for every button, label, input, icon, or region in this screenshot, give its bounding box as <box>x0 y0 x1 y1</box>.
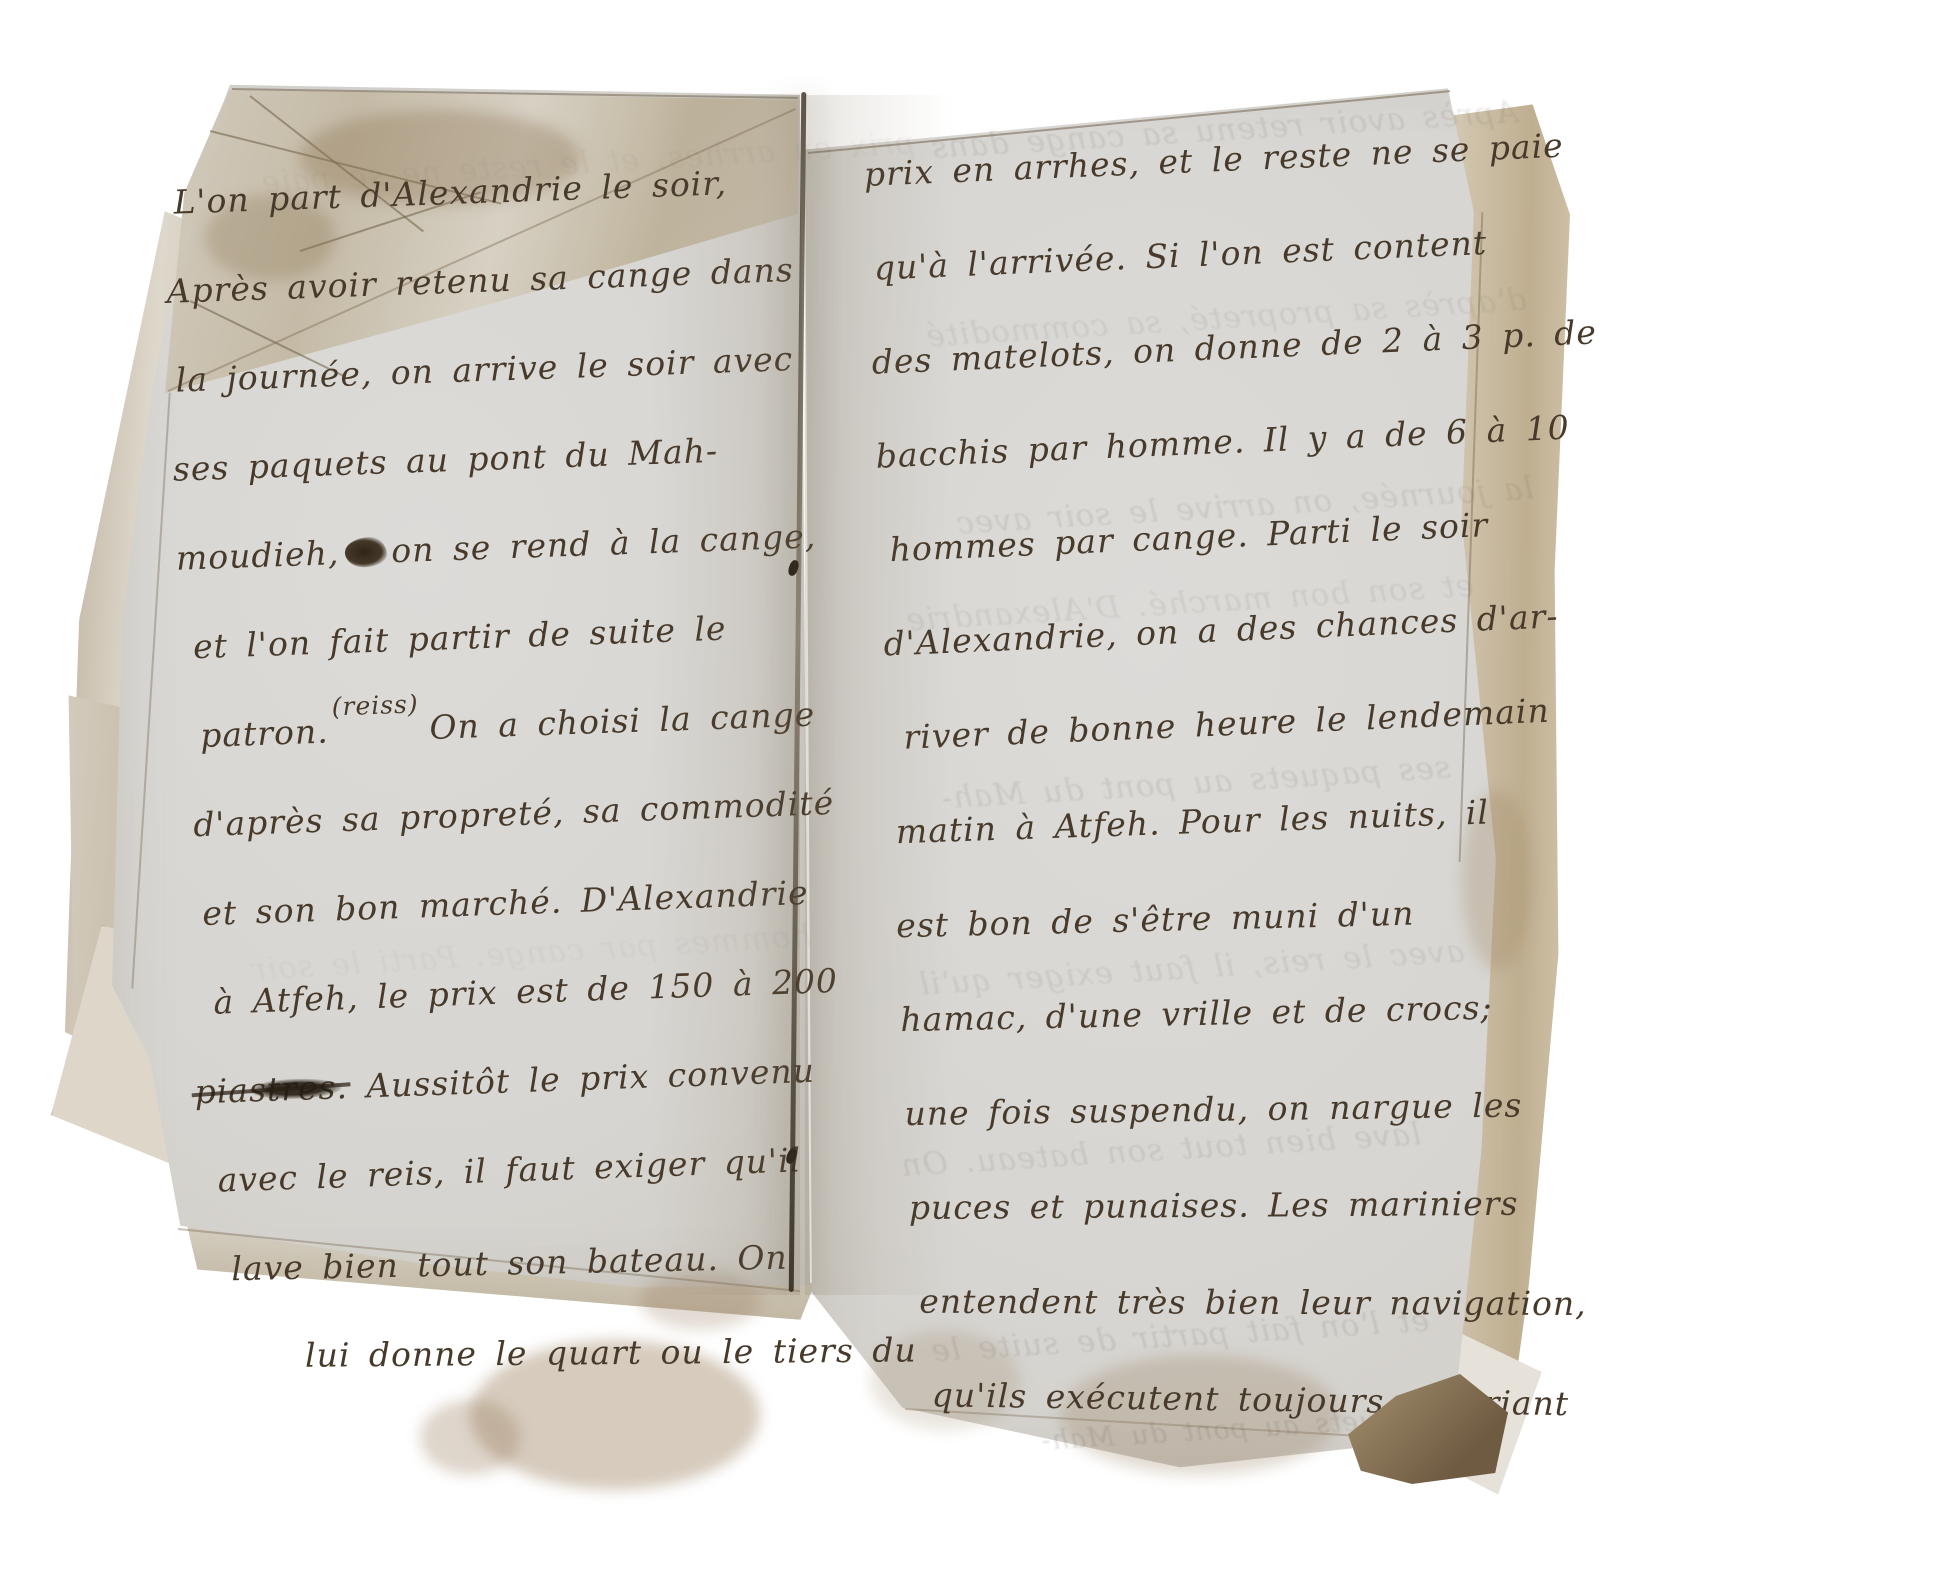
right-page-text: prix en arrhes, et le reste ne se paie q… <box>862 101 1557 1443</box>
ink-blot <box>345 536 388 567</box>
manuscript-line: matin à Atfeh. Pour les nuits, il <box>894 764 1533 879</box>
manuscript-line: une fois suspendu, on nargue les <box>904 1058 1545 1161</box>
manuscript-line: lui donne le quart ou le tiers du <box>305 1306 856 1400</box>
inserted-word: (reiss) <box>331 689 419 721</box>
line-text: On a choisi la cange <box>429 695 816 747</box>
line-text: on se rend à la cange, <box>391 516 817 570</box>
line-text: moudieh, <box>175 533 340 578</box>
line-text: patron. <box>199 712 329 755</box>
manuscript-line: puces et punaises. Les mariniers <box>909 1157 1550 1255</box>
stain <box>420 1400 520 1475</box>
manuscript-line: est bon de s'être muni d'un <box>895 864 1537 974</box>
manuscript-line: hamac, d'une vrille et de crocs; <box>899 960 1541 1067</box>
struck-word: piastres. <box>194 1067 349 1111</box>
line-text: Aussitôt le prix convenu <box>366 1051 816 1106</box>
left-page-text: L'on part d'Alexandrie le soir, Après av… <box>162 135 855 1403</box>
manuscript-photo: Après avoir retenu sa cange dans d'après… <box>0 0 1952 1575</box>
manuscript-line: entendent très bien leur navigation, <box>919 1255 1553 1351</box>
manuscript-line: lave bien tout son bateau. On <box>230 1211 852 1313</box>
